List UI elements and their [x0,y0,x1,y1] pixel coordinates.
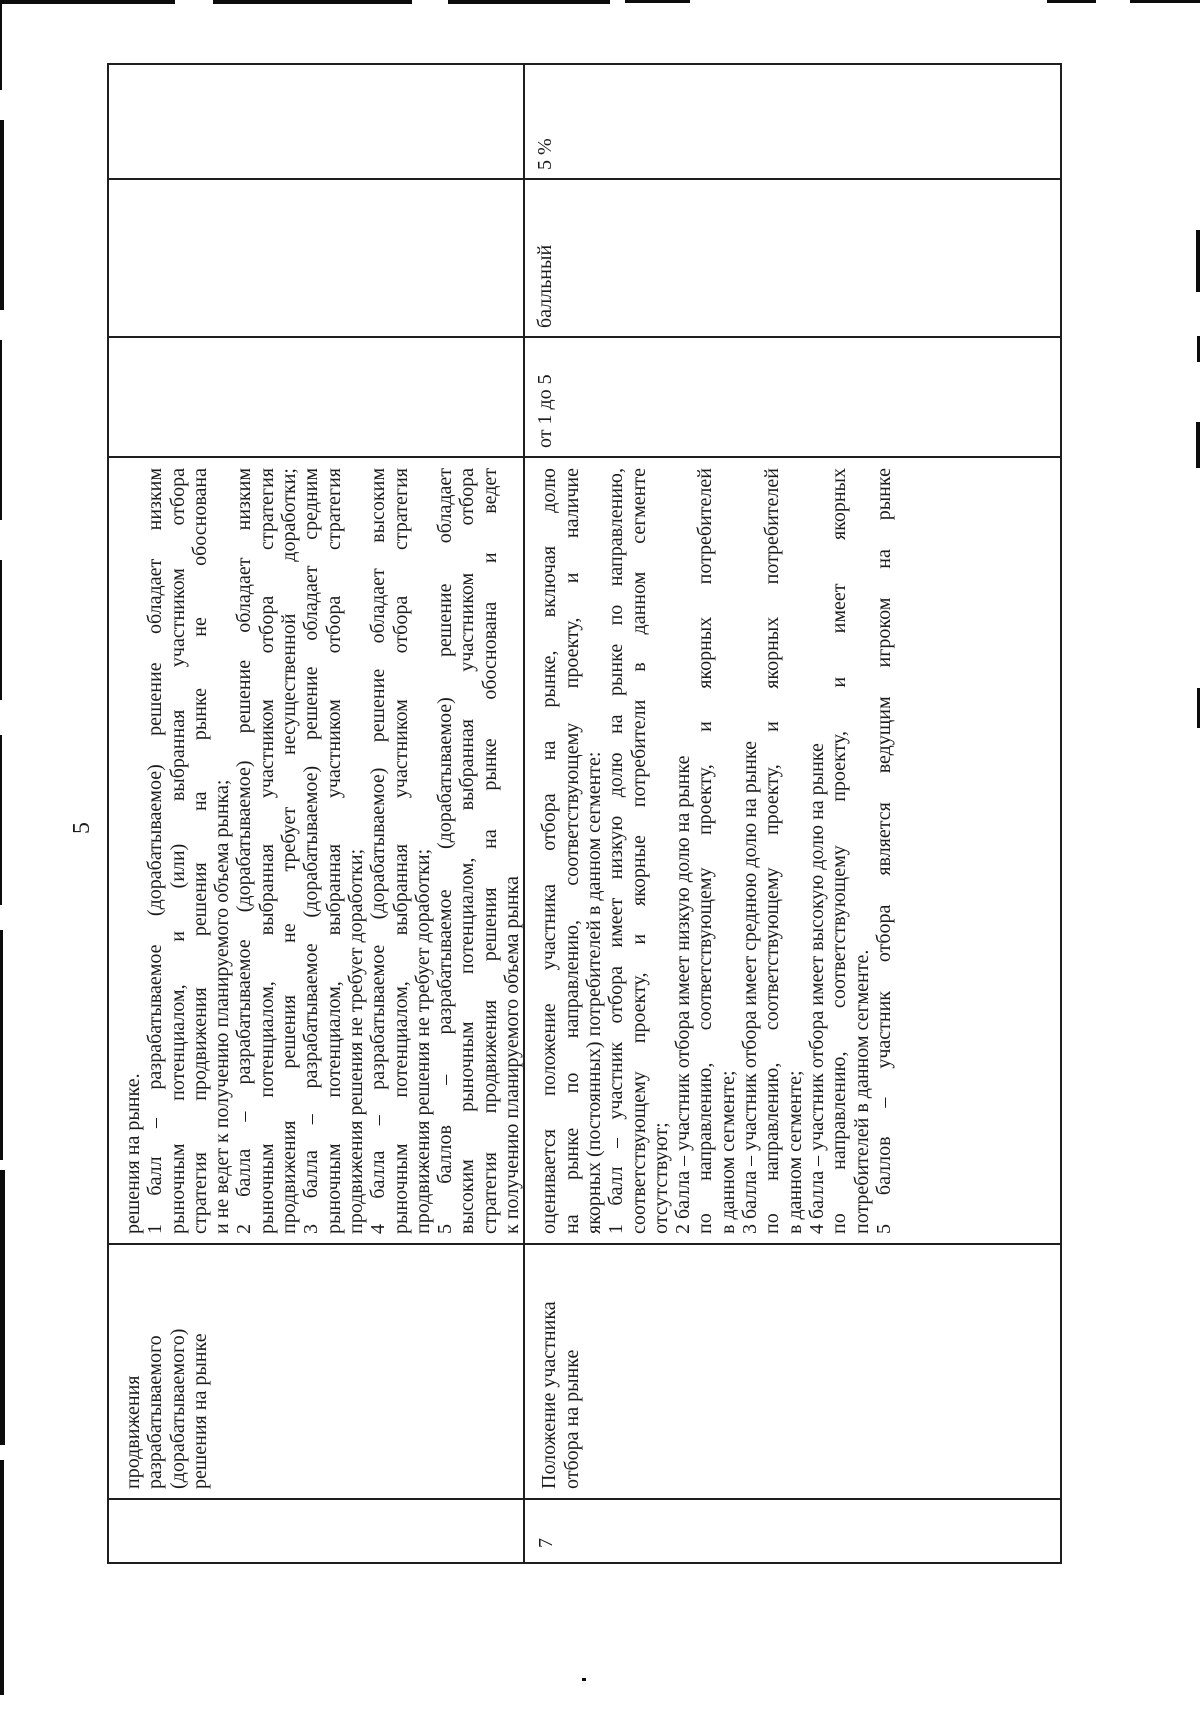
criterion-name-cell: продвиженияразрабатываемого(дорабатываем… [109,1243,523,1498]
text-line: по направлению, соответствующему проекту… [694,468,716,1234]
text-line: продвижения решения не требует несуществ… [278,468,300,1234]
scan-artifact-top-line [1047,0,1096,3]
scan-artifact-left-bar [0,735,2,905]
text-line: отсутствуют; [650,468,672,1234]
scan-artifact-right-dash [1196,422,1200,468]
text-line: 5 баллов – разрабатываемое (дорабатываем… [434,468,456,1234]
page-number: 5 [62,808,102,848]
criterion-description-lines: решения на рынке.1 балл – разрабатываемо… [109,458,523,1243]
text-line: рыночным потенциалом, выбранная участник… [390,468,412,1234]
scan-artifact-left-bar [0,0,2,90]
scan-artifact-top-line [625,0,690,3]
criterion-name-lines: Положение участникаотбора на рынке [525,1245,583,1498]
text-line: 3 балла – разрабатываемое (дорабатываемо… [300,468,322,1234]
text-line: 2 балла – разрабатываемое (дорабатываемо… [233,468,255,1234]
criteria-table-rows: продвиженияразрабатываемого(дорабатываем… [109,65,1060,1562]
text-line: продвижения [122,1251,144,1489]
score-scale [109,338,118,456]
text-line: отбора на рынке [561,1251,583,1489]
text-line: соответствующему проекту, и якорные потр… [628,468,650,1234]
scan-artifact-left-bar [0,560,2,700]
criterion-description-lines: оценивается положение участника отбора н… [525,458,895,1243]
scan-artifact-top-line [1130,0,1200,3]
evaluation-type-cell [109,178,523,336]
text-line: разрабатываемого [144,1251,166,1489]
text-line: 5 баллов – участник отбора является веду… [873,468,895,1234]
text-line: на рынке по направлению, соответствующем… [561,468,583,1234]
text-line: к получению планируемого объема рынка [501,468,523,1234]
text-line: продвижения решения не требует доработки… [412,468,434,1234]
scan-artifact-top-line [213,0,412,4]
text-line: 4 балла – участник отбора имеет высокую … [806,468,828,1234]
text-line: якорных (постоянных) потребителей в данн… [583,468,605,1234]
text-line: Положение участника [538,1251,560,1489]
text-line: рыночным потенциалом, выбранная участник… [323,468,345,1234]
text-line: оценивается положение участника отбора н… [538,468,560,1234]
text-line: решения на рынке. [122,468,144,1234]
criterion-description-cell: решения на рынке.1 балл – разрабатываемо… [109,456,523,1243]
text-line: 1 балл – разрабатываемое (дорабатываемое… [144,468,166,1234]
evaluation-type [109,180,118,336]
text-line: высоким рыночным потенциалом, выбранная … [456,468,478,1234]
row-number-cell: 7 [525,1498,1060,1562]
text-line: и не ведет к получению планируемого объе… [211,468,233,1234]
scan-artifact-top-line [448,0,610,4]
text-line: решения на рынке [189,1251,211,1489]
criterion-description-cell: оценивается положение участника отбора н… [525,456,1060,1243]
text-line: в данном сегменте; [717,468,739,1234]
criteria-table: продвиженияразрабатываемого(дорабатываем… [107,63,1062,1564]
scan-artifact-left-bar [0,930,3,1160]
weight-percent: 5 % [525,65,556,178]
text-line: (дорабатываемого) [167,1251,189,1489]
evaluation-type: балльный [525,180,556,336]
text-line: 1 балл – участник отбора имеет низкую до… [605,468,627,1234]
text-line: 2 балла – участник отбора имеет низкую д… [672,468,694,1234]
weight-percent-cell [109,65,523,178]
scan-artifact-left-bar [0,1170,5,1445]
row-number: 7 [525,1500,557,1562]
text-line: 4 балла – разрабатываемое (дорабатываемо… [367,468,389,1234]
criterion-name-lines: продвиженияразрабатываемого(дорабатываем… [109,1245,211,1498]
score-scale: от 1 до 5 [525,338,556,456]
text-line: стратегия продвижения решения на рынке н… [189,468,211,1234]
evaluation-type-cell: балльный [525,178,1060,336]
text-line: в данном сегменте; [784,468,806,1234]
score-scale-cell [109,336,523,456]
scanned-document-page: { "page": { "number": "5" }, "table": { … [0,0,1200,1713]
text-line: продвижения решения не требует доработки… [345,468,367,1234]
criterion-name-cell: Положение участникаотбора на рынке [525,1243,1060,1498]
scan-artifact-left-bar [0,120,4,310]
text-line: по направлению, соответствующему проекту… [761,468,783,1234]
row-number-cell [109,1498,523,1562]
text-line: потребителей в данном сегменте. [851,468,873,1234]
scan-artifact-right-dash [1196,230,1200,292]
weight-percent-cell: 5 % [525,65,1060,178]
scan-artifact-top-line [0,0,175,4]
weight-percent [109,65,118,178]
text-line: 3 балла – участник отбора имеет среднюю … [739,468,761,1234]
scan-artifact-left-bar [0,1460,4,1695]
text-line: рыночным потенциалом, выбранная участник… [256,468,278,1234]
table-row: продвиженияразрабатываемого(дорабатываем… [109,65,525,1562]
scan-artifact-speck [582,1678,586,1681]
score-scale-cell: от 1 до 5 [525,336,1060,456]
text-line: стратегия продвижения решения на рынке о… [479,468,501,1234]
row-number [109,1500,119,1562]
scan-artifact-left-bar [0,340,2,520]
text-line: рыночным потенциалом, и (или) выбранная … [167,468,189,1234]
text-line: по направлению, соответствующему проекту… [828,468,850,1234]
table-row: 7 Положение участникаотбора на рынке оце… [525,65,1060,1562]
